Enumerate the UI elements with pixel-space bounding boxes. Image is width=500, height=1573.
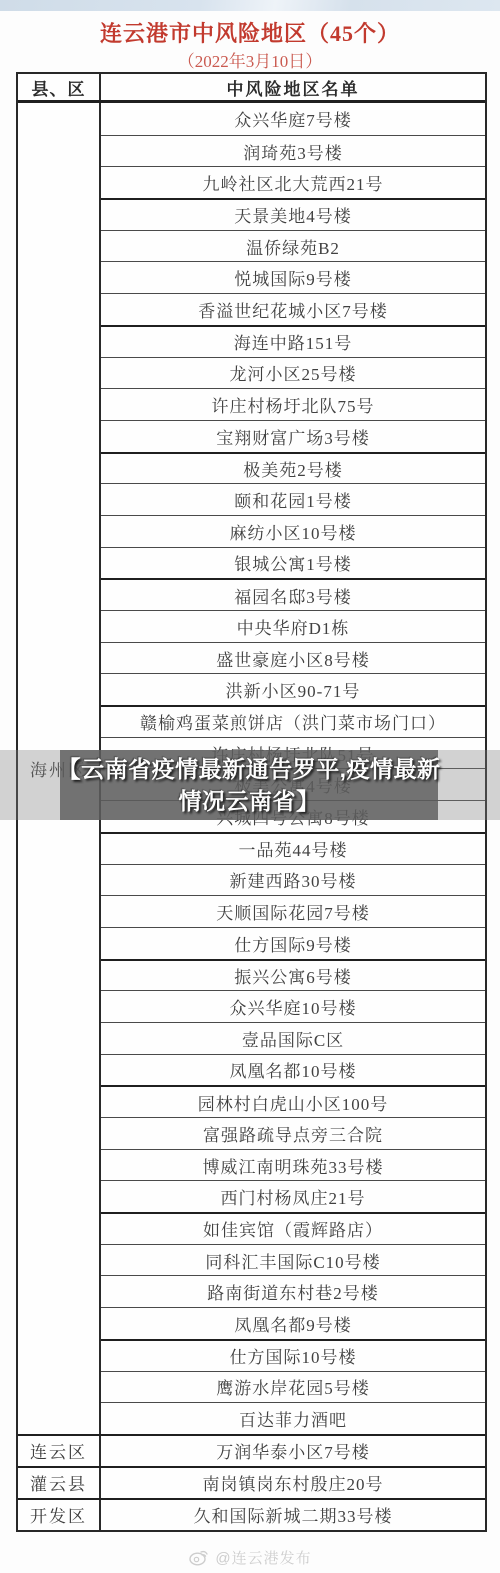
table-row: 万润华泰小区7号楼 [101,1436,485,1466]
table-row: 如佳宾馆（霞辉路店） [101,1212,485,1244]
table-row: 福园名邸3号楼 [101,578,485,610]
table-row: 博威江南明珠苑33号楼 [101,1149,485,1181]
table-row: 凤凰名都10号楼 [101,1054,485,1086]
table-row: 温侨绿苑B2 [101,230,485,262]
watermark-overlay-box: 【云南省疫情最新通告罗平,疫情最新 情况云南省】 [60,750,438,820]
table-row: 壹品国际C区 [101,1022,485,1054]
table-row: 众兴华庭7号楼 [101,103,485,135]
district-name-cell: 连云区 [18,1436,101,1466]
table-row: 众兴华庭10号楼 [101,990,485,1022]
column-header-district: 县、区 [18,74,101,100]
overlay-text-line1: 【云南省疫情最新通告罗平,疫情最新 [58,753,441,785]
table-row: 凤凰名都9号楼 [101,1307,485,1339]
table-row: 富强路疏导点旁三合院 [101,1117,485,1149]
table-row: 悦城国际9号楼 [101,261,485,293]
area-list-cell: 南岗镇岗东村殷庄20号 [101,1468,485,1498]
table-row: 仕方国际9号楼 [101,927,485,959]
publisher-watermark: @连云港发布 [0,1544,500,1570]
table-row: 宝翔财富广场3号楼 [101,420,485,452]
table-row: 新建西路30号楼 [101,864,485,896]
table-row: 振兴公寓6号楼 [101,959,485,991]
publisher-name: @连云港发布 [215,1547,311,1568]
column-header-area-list: 中风险地区名单 [101,74,485,100]
table-row: 中央华府D1栋 [101,610,485,642]
table-row: 香溢世纪花城小区7号楼 [101,293,485,325]
page-title: 连云港市中风险地区（45个） [0,17,500,48]
table-row: 颐和花园1号楼 [101,483,485,515]
table-row: 麻纺小区10号楼 [101,515,485,547]
table-row: 许庄村杨圩北队75号 [101,388,485,420]
table-row: 仕方国际10号楼 [101,1339,485,1371]
table-row: 海连中路151号 [101,325,485,357]
district-name-cell: 灌云县 [18,1468,101,1498]
table-row: 九岭社区北大荒西21号 [101,166,485,198]
decorative-top-strip [0,0,500,11]
table-row: 龙河小区25号楼 [101,357,485,389]
district-name-cell: 开发区 [18,1500,101,1530]
table-row: 一品苑44号楼 [101,832,485,864]
table-row: 天景美地4号楼 [101,198,485,230]
district-group: 连云区万润华泰小区7号楼 [18,1434,485,1466]
area-list-cell: 久和国际新城二期33号楼 [101,1500,485,1530]
table-row: 盛世豪庭小区8号楼 [101,642,485,674]
table-row: 同科汇丰国际C10号楼 [101,1244,485,1276]
district-group: 灌云县南岗镇岗东村殷庄20号 [18,1466,485,1498]
watermark-overlay-band: 【云南省疫情最新通告罗平,疫情最新 情况云南省】 [0,750,500,820]
table-row: 润琦苑3号楼 [101,135,485,167]
area-list-cell: 万润华泰小区7号楼 [101,1436,485,1466]
table-row: 赣榆鸡蛋菜煎饼店（洪门菜市场门口） [101,705,485,737]
table-row: 百达菲力酒吧 [101,1402,485,1434]
table-row: 南岗镇岗东村殷庄20号 [101,1468,485,1498]
table-row: 银城公寓1号楼 [101,547,485,579]
table-row: 天顺国际花园7号楼 [101,895,485,927]
table-row: 久和国际新城二期33号楼 [101,1500,485,1530]
overlay-text-line2: 情况云南省】 [179,785,320,817]
district-group: 开发区久和国际新城二期33号楼 [18,1498,485,1530]
table-row: 洪新小区90-71号 [101,673,485,705]
table-row: 园林村白虎山小区100号 [101,1085,485,1117]
table-row: 鹰游水岸花园5号楼 [101,1371,485,1403]
table-row: 西门村杨凤庄21号 [101,1180,485,1212]
weibo-icon [188,1548,210,1566]
table-row: 路南街道东村巷2号楼 [101,1275,485,1307]
table-header-row: 县、区 中风险地区名单 [18,74,485,103]
table-row: 极美苑2号楼 [101,452,485,484]
date-subtitle: （2022年3月10日） [0,47,500,72]
